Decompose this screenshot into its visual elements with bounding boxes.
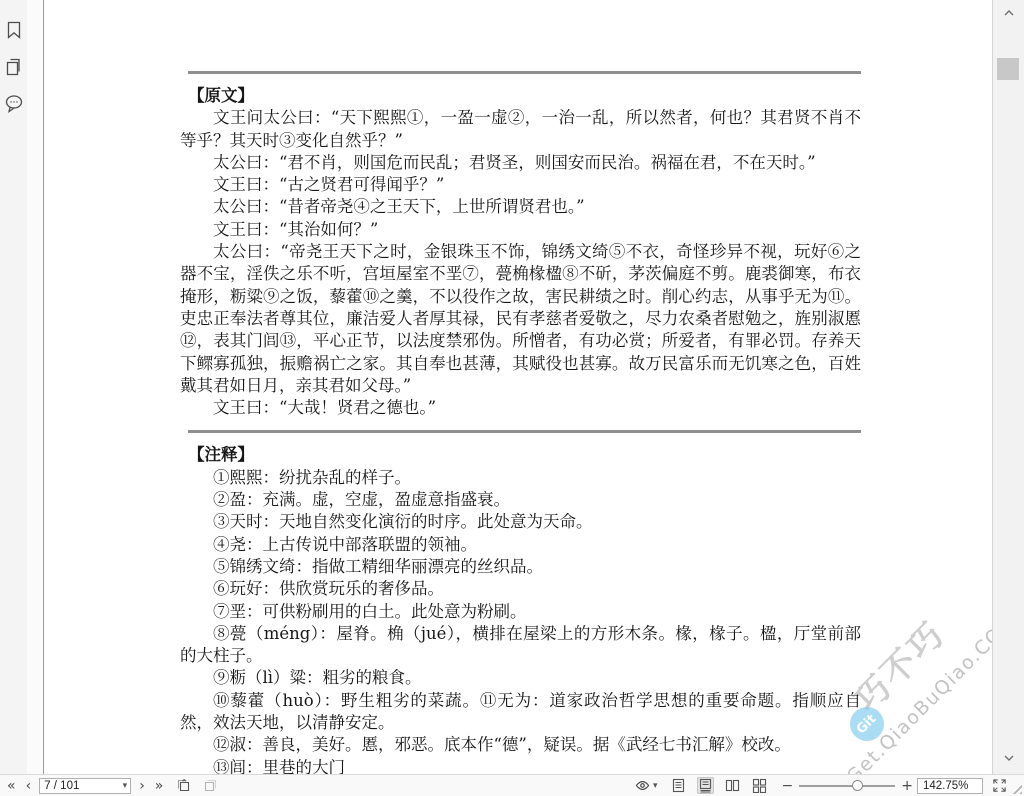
page-dropdown-caret-icon[interactable]: ▾ [123, 780, 131, 791]
zoom-level-input[interactable] [918, 780, 982, 792]
layout-facing-continuous-icon[interactable] [751, 777, 768, 794]
watermark-site-text: Get.QiaoBuQiao.COM [842, 610, 992, 774]
zoom-in-button[interactable]: + [901, 777, 913, 795]
first-page-button[interactable]: « [7, 777, 16, 795]
scroll-down-arrow-icon[interactable] [993, 750, 1024, 766]
pdf-page: 【原文】 文王问太公曰：“天下熙熙①，一盈一虚②，一治一乱，所以然者，何也？其君… [180, 0, 861, 774]
section-divider [188, 71, 861, 74]
original-text-block: 文王问太公曰：“天下熙熙①，一盈一虚②，一治一乱，所以然者，何也？其君贤不肖不等… [180, 107, 861, 419]
comments-icon[interactable] [3, 92, 25, 114]
view-controls: ▾ [634, 777, 1024, 795]
paragraph: 文王曰：“其治如何？” [180, 219, 861, 241]
page-number-box: ▾ [39, 778, 131, 794]
zoom-level-box [917, 778, 983, 794]
zoom-slider-thumb[interactable] [852, 780, 863, 791]
paragraph: ⑦垩：可供粉刷用的白土。此处意为粉刷。 [180, 601, 861, 623]
paragraph: 太公曰：“昔者帝尧④之王天下，上世所谓贤君也。” [180, 196, 861, 218]
vertical-scrollbar[interactable] [992, 0, 1024, 774]
next-page-button[interactable]: › [139, 777, 145, 795]
page-thumbnails-icon[interactable] [3, 56, 25, 78]
view-mode-caret-icon[interactable]: ▾ [653, 780, 658, 791]
pdf-reader-window: { "sidebar": { "tools": ["bookmarks", "p… [0, 0, 1024, 796]
zoom-slider-track[interactable] [799, 785, 895, 787]
paragraph: ⑨粝（lì）粱：粗劣的粮食。 [180, 667, 861, 689]
previous-page-button[interactable]: ‹ [26, 777, 32, 795]
previous-view-icon[interactable] [175, 777, 192, 794]
section-heading-original: 【原文】 [188, 85, 861, 107]
paragraph: ③天时：天地自然变化演衍的时序。此处意为天命。 [180, 511, 861, 533]
paragraph: 太公曰：“君不肖，则国危而民乱；君贤圣，则国安而民治。祸福在君，不在天时。” [180, 152, 861, 174]
layout-facing-icon[interactable] [724, 777, 741, 794]
paragraph: ⑬闾：里巷的大门 [180, 757, 861, 774]
section-divider [188, 430, 861, 433]
next-view-icon[interactable] [202, 777, 219, 794]
paragraph: ⑤锦绣文绮：指做工精细华丽漂亮的丝织品。 [180, 556, 861, 578]
paragraph: ⑥玩好：供欣赏玩乐的奢侈品。 [180, 578, 861, 600]
paragraph: ④尧：上古传说中部落联盟的领袖。 [180, 534, 861, 556]
paragraph: ⑧甍（méng）：屋脊。桷（jué），横排在屋梁上的方形木条。椽，椽子。楹，厅堂… [180, 623, 861, 668]
zoom-slider[interactable] [799, 779, 895, 793]
navigation-panel-strip [0, 0, 44, 774]
scrollbar-thumb[interactable] [997, 58, 1019, 80]
paragraph: 文王曰：“古之贤君可得闻乎？” [180, 174, 861, 196]
bottom-toolbar: « ‹ ▾ › » ▾ [0, 774, 1024, 796]
fullscreen-icon[interactable] [991, 777, 1008, 794]
layout-single-page-icon[interactable] [670, 777, 687, 794]
paragraph: ②盈：充满。虚，空虚，盈虚意指盛衰。 [180, 489, 861, 511]
zoom-out-button[interactable]: − [782, 777, 794, 795]
section-heading-annotations: 【注释】 [188, 444, 861, 466]
layout-continuous-icon[interactable] [697, 777, 714, 794]
scroll-up-arrow-icon[interactable] [993, 5, 1024, 21]
last-page-button[interactable]: » [155, 777, 164, 795]
bookmarks-icon[interactable] [3, 19, 25, 41]
page-number-input[interactable] [40, 780, 122, 792]
paragraph: ①熙熙：纷扰杂乱的样子。 [180, 467, 861, 489]
paragraph: ⑩藜藿（huò）：野生粗劣的菜蔬。⑪无为：道家政治哲学思想的重要命题。指顺应自然… [180, 690, 861, 735]
read-mode-eye-icon[interactable] [634, 777, 651, 794]
paragraph: 太公曰：“帝尧王天下之时，金银珠玉不饰，锦绣文绮⑤不衣，奇怪珍异不视，玩好⑥之器… [180, 241, 861, 397]
paragraph: 文王问太公曰：“天下熙熙①，一盈一虚②，一治一乱，所以然者，何也？其君贤不肖不等… [180, 107, 861, 152]
paragraph: 文王曰：“大哉！贤君之德也。” [180, 397, 861, 419]
annotations-block: ①熙熙：纷扰杂乱的样子。②盈：充满。虚，空虚，盈虚意指盛衰。③天时：天地自然变化… [180, 467, 861, 774]
document-canvas: 【原文】 文王问太公曰：“天下熙熙①，一盈一虚②，一治一乱，所以然者，何也？其君… [45, 0, 992, 774]
paragraph: ⑫淑：善良，美好。慝，邪恶。底本作“德”，疑误。据《武经七书汇解》校改。 [180, 734, 861, 756]
